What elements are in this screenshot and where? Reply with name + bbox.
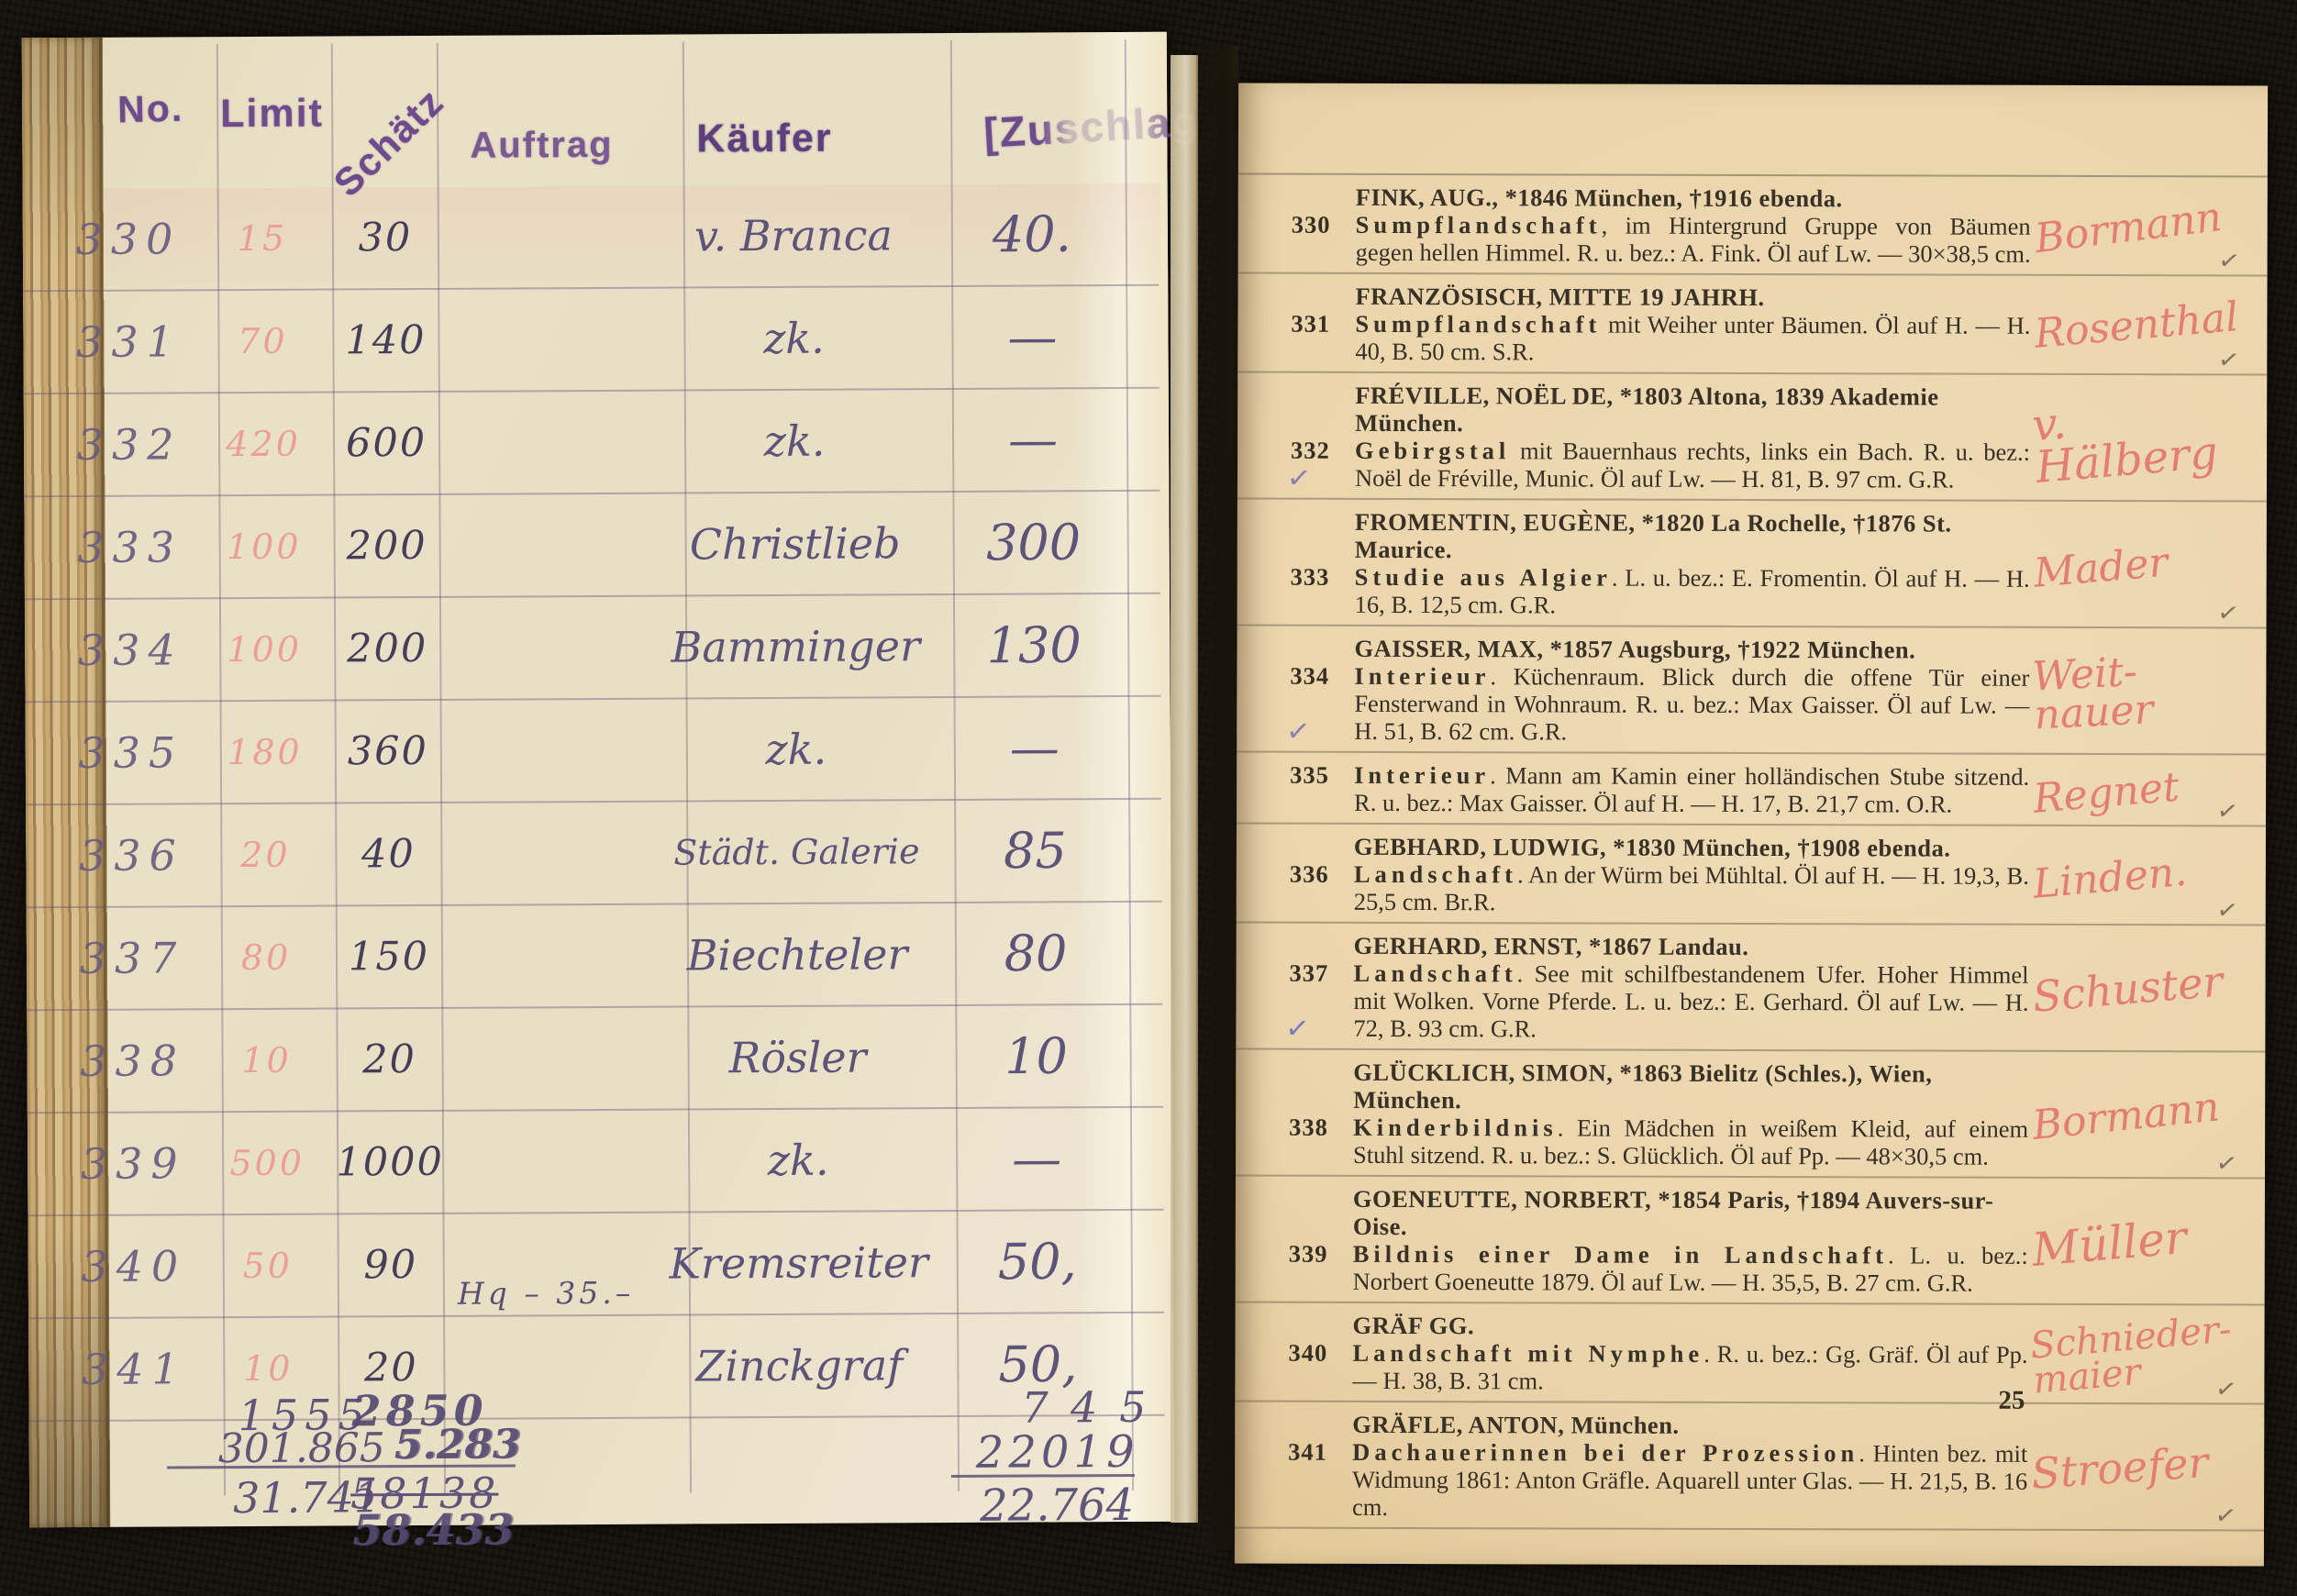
- ledger-row: 332 420 600 zk. —: [24, 389, 1160, 497]
- lot-description: 330Sumpflandschaft, im Hintergrund Grupp…: [1356, 211, 2031, 268]
- lot-description: 337Landschaft. See mit schilfbestandenem…: [1353, 959, 2028, 1044]
- hammer-price-cell: —: [945, 1129, 1128, 1188]
- hammer-price-cell: 40.: [940, 205, 1124, 263]
- limit-cell: 70: [194, 321, 331, 362]
- limit-cell: 10: [197, 1040, 335, 1081]
- margin-annotation: v. Hälberg: [2031, 386, 2269, 489]
- lot-title: Landschaft: [1354, 860, 1517, 888]
- limit-cell: 80: [197, 937, 335, 979]
- buyer-cell: Städt. Galerie: [613, 831, 980, 873]
- lot-number-cell: 341: [56, 1344, 212, 1394]
- lot-number-cell: 336: [53, 830, 209, 881]
- ledger-row: 334 100 200 Bamminger 130: [25, 594, 1161, 703]
- limit-cell: 100: [195, 526, 333, 568]
- buyer-cell: Biechteler: [614, 929, 981, 981]
- estimate-cell: 20: [331, 1345, 450, 1391]
- lot-number: 334: [1290, 662, 1329, 690]
- limit-cell: 180: [196, 732, 334, 773]
- artist-line: GEBHARD, LUDWIG, *1830 München, †1908 eb…: [1354, 833, 2029, 862]
- limit-cell: 15: [194, 218, 331, 260]
- buyer-cell: Kremsreiter: [616, 1237, 982, 1289]
- ledger-row: 341 10 20 Zinckgraf 50,: [28, 1313, 1165, 1422]
- book-photo: No. Limit Schätz Auftrag Käufer [Zuschla…: [0, 0, 2297, 1596]
- lot-number: 332: [1291, 437, 1330, 464]
- estimate-cell: 1000: [330, 1139, 449, 1186]
- lot-number-cell: 338: [54, 1036, 210, 1086]
- lot-title: Gebirgstal: [1355, 437, 1510, 464]
- catalog-entry: FRANZÖSISCH, MITTE 19 JAHRH. 331Sumpflan…: [1237, 274, 2267, 376]
- margin-annotation: Weit- nauer: [2031, 647, 2266, 735]
- lot-title: Studie aus Algier: [1355, 563, 1612, 592]
- ledger-row: 336 20 40 Städt. Galerie 85: [26, 800, 1162, 908]
- pencil-checkmark: ✓: [2214, 1501, 2239, 1532]
- lot-description: 339Bildnis einer Dame in Landschaft. L. …: [1353, 1240, 2028, 1297]
- sum-zuschlag-1: 745: [1021, 1382, 1168, 1433]
- lot-number-cell: 333: [52, 522, 208, 572]
- catalog-entry: GOENEUTTE, NORBERT, *1854 Paris, †1894 A…: [1236, 1177, 2265, 1306]
- ledger-row: 335 180 360 zk. —: [26, 697, 1162, 805]
- margin-annotation: Bormann: [2031, 1084, 2265, 1146]
- pencil-checkmark: ✓: [2215, 895, 2241, 926]
- lot-number: 333: [1291, 563, 1330, 591]
- lot-number-cell: 337: [54, 933, 210, 983]
- ledger-row: 333 100 200 Christlieb 300: [24, 492, 1160, 600]
- limit-cell: 50: [199, 1246, 337, 1287]
- lot-number: 336: [1290, 860, 1329, 888]
- hammer-price-cell: 85: [943, 821, 1126, 880]
- buyer-cell: Christlieb: [612, 518, 979, 570]
- margin-annotation: Stroefer: [2030, 1439, 2263, 1495]
- hammer-price-cell: —: [940, 307, 1124, 366]
- estimate-cell: 200: [327, 523, 447, 570]
- lot-description: 340Landschaft mit Nymphe. R. u. bez.: Gg…: [1352, 1339, 2027, 1396]
- artist-line: GLÜCKLICH, SIMON, *1863 Bielitz (Schles.…: [1353, 1058, 2028, 1115]
- limit-cell: 20: [196, 835, 334, 876]
- estimate-cell: 140: [326, 317, 445, 364]
- ledger-row: 337 80 150 Biechteler 80: [27, 903, 1163, 1011]
- pencil-checkmark: ✓: [2215, 796, 2241, 827]
- lot-number: 340: [1288, 1339, 1327, 1367]
- lot-description: 336Landschaft. An der Würm bei Mühltal. …: [1354, 860, 2029, 917]
- buyer-cell: zk.: [613, 724, 980, 775]
- lot-description: 332Gebirgstal mit Bauernhaus rechts, lin…: [1355, 437, 2030, 493]
- header-stamp-limit: Limit: [220, 92, 324, 138]
- lot-number: 341: [1288, 1438, 1327, 1466]
- sum-schatz-4: 58.433: [352, 1504, 514, 1555]
- lot-number-cell: 340: [56, 1241, 212, 1291]
- artist-line: GRÄFLE, ANTON, München.: [1352, 1411, 2027, 1440]
- pencil-checkmark: ✓: [2214, 1374, 2239, 1405]
- lot-number-cell: 331: [50, 316, 206, 367]
- pencil-checkmark: ✓: [2214, 1148, 2240, 1180]
- buyer-cell: zk.: [615, 1135, 982, 1186]
- lot-number-cell: 339: [55, 1138, 211, 1189]
- lot-number-cell: 334: [52, 625, 208, 675]
- ledger-page: No. Limit Schätz Auftrag Käufer [Zuschla…: [22, 32, 1174, 1528]
- lot-description: 334Interieur. Küchenraum. Blick durch di…: [1354, 662, 2029, 747]
- lot-title: Kinderbildnis: [1353, 1114, 1558, 1142]
- sum-zuschlag-3: 22.764: [980, 1480, 1134, 1532]
- buyer-cell: Zinckgraf: [616, 1340, 982, 1391]
- pencil-checkmark: ✓: [2216, 345, 2242, 376]
- header-stamp-no: No.: [117, 87, 184, 132]
- gutter-shadow: [1196, 46, 1238, 1550]
- catalog-entry: GAISSER, MAX, *1857 Augsburg, †1922 Münc…: [1237, 626, 2266, 756]
- lot-number: 335: [1290, 761, 1329, 789]
- header-stamp-kaufer: Käufer: [696, 116, 832, 162]
- estimate-cell: 200: [327, 626, 447, 672]
- buyer-cell: Bamminger: [612, 621, 979, 672]
- lot-title: Landschaft mit Nymphe: [1352, 1339, 1703, 1368]
- catalog-entry: FROMENTIN, EUGÈNE, *1820 La Rochelle, †1…: [1237, 500, 2267, 629]
- artist-line: GAISSER, MAX, *1857 Augsburg, †1922 Münc…: [1354, 635, 2029, 664]
- page-number: 25: [1998, 1386, 2025, 1416]
- lot-title: Landschaft: [1354, 959, 1517, 987]
- artist-line: GERHARD, ERNST, *1867 Landau.: [1354, 932, 2029, 961]
- lot-description: 333Studie aus Algier. L. u. bez.: E. Fro…: [1355, 563, 2030, 620]
- lot-number: 330: [1292, 211, 1331, 238]
- artist-line: FRÉVILLE, NOËL DE, *1803 Altona, 1839 Ak…: [1355, 382, 2030, 438]
- hammer-price-cell: —: [941, 410, 1125, 469]
- artist-line: FINK, AUG., *1846 München, †1916 ebenda.: [1356, 183, 2031, 213]
- hammer-price-cell: —: [943, 718, 1126, 777]
- artist-line: FROMENTIN, EUGÈNE, *1820 La Rochelle, †1…: [1355, 508, 2030, 565]
- catalog-entry: GEBHARD, LUDWIG, *1830 München, †1908 eb…: [1237, 825, 2266, 926]
- lot-number: 337: [1290, 959, 1329, 987]
- limit-cell: 420: [194, 424, 332, 465]
- margin-annotation: Rosenthal: [2033, 296, 2267, 354]
- estimate-cell: 40: [328, 831, 448, 878]
- catalog-entry: GLÜCKLICH, SIMON, *1863 Bielitz (Schles.…: [1236, 1050, 2265, 1180]
- lot-title: Bildnis einer Dame in Landschaft: [1353, 1240, 1888, 1269]
- catalog-entry: FINK, AUG., *1846 München, †1916 ebenda.…: [1238, 175, 2268, 277]
- pencil-checkmark: ✓: [1285, 716, 1312, 747]
- catalog-entry: 335Interieur. Mann am Kamin einer hollän…: [1237, 753, 2266, 827]
- catalog-page: FINK, AUG., *1846 München, †1916 ebenda.…: [1235, 83, 2268, 1567]
- hammer-price-cell: 50,: [946, 1232, 1129, 1291]
- lot-description: 341Dachauerinnen bei der Prozession. Hin…: [1352, 1438, 2027, 1523]
- pencil-checkmark: ✓: [1285, 463, 1312, 493]
- lot-title: Interieur: [1354, 662, 1490, 690]
- lot-number-cell: 332: [51, 419, 207, 470]
- sum-schatz-2: 5.283: [394, 1421, 521, 1469]
- hammer-price-cell: 10: [944, 1026, 1127, 1085]
- pencil-checkmark: ✓: [1284, 1014, 1311, 1044]
- estimate-cell: 360: [328, 728, 448, 775]
- lot-number: 339: [1289, 1240, 1328, 1268]
- ledger-row: 338 10 20 Rösler 10: [27, 1005, 1163, 1114]
- artist-line: GOENEUTTE, NORBERT, *1854 Paris, †1894 A…: [1353, 1185, 2028, 1242]
- sum-zuschlag-2: 22019: [976, 1426, 1139, 1479]
- hammer-price-cell: 130: [942, 615, 1126, 674]
- lot-number-cell: 330: [50, 214, 206, 264]
- margin-annotation: Schuster: [2031, 959, 2265, 1018]
- catalog-entries: FINK, AUG., *1846 München, †1916 ebenda.…: [1235, 173, 2268, 1532]
- lot-title: Sumpflandschaft: [1356, 211, 1602, 239]
- buyer-cell: zk.: [610, 313, 977, 364]
- limit-cell: 100: [195, 629, 333, 671]
- hammer-price-cell: 80: [944, 924, 1127, 982]
- artist-line: GRÄF GG.: [1353, 1312, 2028, 1341]
- buyer-cell: Rösler: [614, 1032, 981, 1083]
- ledger-row: 331 70 140 zk. —: [23, 286, 1160, 394]
- artist-line: FRANZÖSISCH, MITTE 19 JAHRH.: [1355, 283, 2030, 312]
- buyer-cell: zk.: [611, 416, 978, 467]
- hammer-price-cell: 300: [941, 513, 1125, 571]
- header-stamp-auftrag: Auftrag: [470, 125, 613, 167]
- estimate-cell: 600: [327, 420, 446, 467]
- lot-title: Interieur: [1354, 761, 1490, 789]
- catalog-entry: FRÉVILLE, NOËL DE, *1803 Altona, 1839 Ak…: [1237, 373, 2267, 503]
- estimate-cell: 20: [329, 1036, 449, 1083]
- lot-number-cell: 335: [53, 727, 209, 778]
- lot-title: Dachauerinnen bei der Prozession: [1352, 1438, 1859, 1467]
- lot-number: 338: [1289, 1114, 1328, 1141]
- auftrag-note: Hq – 35.–: [458, 1275, 635, 1312]
- limit-cell: 10: [199, 1347, 337, 1389]
- lot-title: Sumpflandschaft: [1355, 310, 1601, 338]
- pencil-checkmark: ✓: [2217, 246, 2243, 277]
- margin-annotation: Linden.: [2032, 847, 2266, 904]
- lot-description: 331Sumpflandschaft mit Weiher unter Bäum…: [1355, 310, 2030, 367]
- margin-annotation: Müller: [2030, 1210, 2264, 1273]
- estimate-cell: 90: [331, 1242, 450, 1289]
- ledger-table: 330 15 30 v. Branca 40. 331 70 140 zk. —…: [23, 183, 1165, 1422]
- catalog-entry: GRÄF GG. 340Landschaft mit Nymphe. R. u.…: [1235, 1303, 2264, 1405]
- pencil-checkmark: ✓: [2216, 598, 2242, 629]
- ledger-row: 339 500 1000 zk. —: [28, 1108, 1164, 1216]
- lot-number: 331: [1291, 310, 1330, 338]
- buyer-cell: v. Branca: [610, 210, 977, 261]
- margin-annotation: Mader: [2032, 536, 2266, 593]
- gutter-page-edge: [1171, 55, 1198, 1523]
- catalog-entry: GERHARD, ERNST, *1867 Landau. 337Landsch…: [1236, 924, 2265, 1053]
- catalog-entry: GRÄFLE, ANTON, München. 341Dachauerinnen…: [1235, 1402, 2264, 1532]
- ledger-row: 330 15 30 v. Branca 40.: [23, 183, 1160, 292]
- lot-description: 338Kinderbildnis. Ein Mädchen in weißem …: [1353, 1114, 2028, 1170]
- limit-cell: 500: [198, 1143, 336, 1184]
- estimate-cell: 30: [326, 215, 445, 261]
- estimate-cell: 150: [329, 934, 449, 981]
- lot-description: 335Interieur. Mann am Kamin einer hollän…: [1354, 761, 2029, 818]
